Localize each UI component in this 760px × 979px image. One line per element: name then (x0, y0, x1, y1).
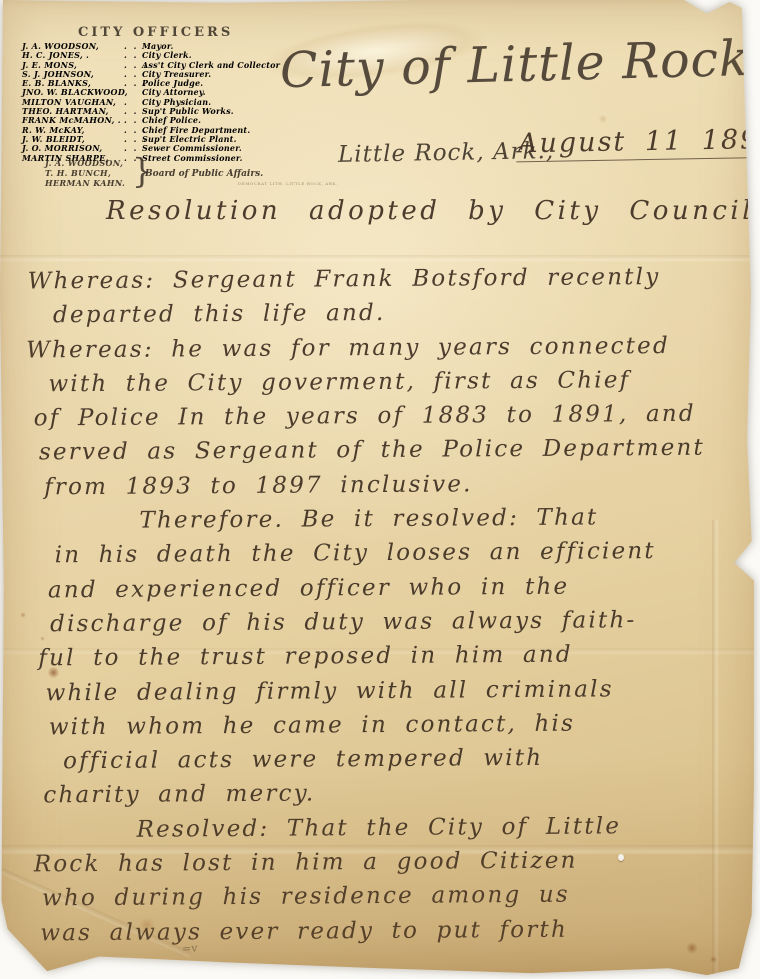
handwritten-line: of Police In the years of 1883 to 1891, … (34, 397, 759, 436)
board-member-name: J. A. WOODSON, (45, 158, 125, 168)
scanned-document-canvas: CITY OFFICERS J. A. WOODSON,. .Mayor. H.… (0, 0, 760, 979)
board-member-name: HERMAN KAHN. (45, 178, 125, 188)
handwritten-line: departed this life and. (53, 294, 758, 333)
handwritten-line: Resolved: That the City of Little (136, 808, 760, 847)
paper-stain (710, 956, 717, 963)
board-of-public-affairs: J. A. WOODSON, T. H. BUNCH, HERMAN KAHN.… (45, 158, 125, 188)
handwritten-line: was always ever ready to put forth (40, 911, 760, 950)
handwritten-line: while dealing firmly with all criminals (45, 671, 760, 710)
handwritten-line: Rock has lost in him a good Citizen (34, 842, 760, 881)
handwritten-line: official acts were tempered with (63, 740, 760, 779)
handwritten-line: and experienced officer who in the (48, 568, 760, 607)
handwritten-line: in his death the City looses an efficien… (55, 534, 760, 573)
handwritten-line: served as Sergeant of the Police Departm… (39, 431, 759, 470)
handwritten-line: with the City goverment, first as Chief (48, 362, 758, 401)
board-names: J. A. WOODSON, T. H. BUNCH, HERMAN KAHN. (45, 158, 125, 188)
printer-imprint: DEMOCRAT LITH. LITTLE ROCK, ARK. (238, 181, 338, 186)
resolution-body: Whereas: Sergeant Frank Botsford recentl… (0, 259, 760, 950)
handwritten-line: from 1893 to 1897 inclusive. (44, 465, 759, 504)
aged-paper-sheet: CITY OFFICERS J. A. WOODSON,. .Mayor. H.… (0, 0, 760, 979)
handwritten-line: Therefore. Be it resolved: That (139, 499, 759, 538)
handwritten-line: discharge of his duty was always faith- (50, 602, 760, 641)
board-member-name: T. H. BUNCH, (45, 168, 125, 178)
paper-shadow-wrap: CITY OFFICERS J. A. WOODSON,. .Mayor. H.… (0, 0, 760, 979)
paper-stain (598, 115, 608, 123)
handwritten-line: ful to the trust reposed in him and (38, 637, 760, 676)
resolution-heading: Resolution adopted by City Council (106, 196, 754, 226)
city-script-title: City of Little Rock, (279, 30, 755, 99)
city-officers-title: CITY OFFICERS (78, 25, 233, 40)
city-officers-list: J. A. WOODSON,. .Mayor. H. C. JONES, .. … (22, 42, 302, 163)
handwritten-line: who during his residence among us (42, 877, 760, 916)
board-label: Board of Public Affairs. (145, 169, 263, 179)
handwritten-line: charity and mercy. (43, 774, 760, 813)
handwritten-line: with whom he came in contact, his (49, 705, 760, 744)
officer-title: Street Commissioner. (142, 154, 243, 163)
dateline-handwritten-date: August 11 1897 (516, 124, 760, 163)
handwritten-line: Whereas: he was for many years connected (26, 328, 758, 367)
pencil-mark: =v (182, 941, 198, 955)
handwritten-line: Whereas: Sergeant Frank Botsford recentl… (28, 259, 758, 298)
